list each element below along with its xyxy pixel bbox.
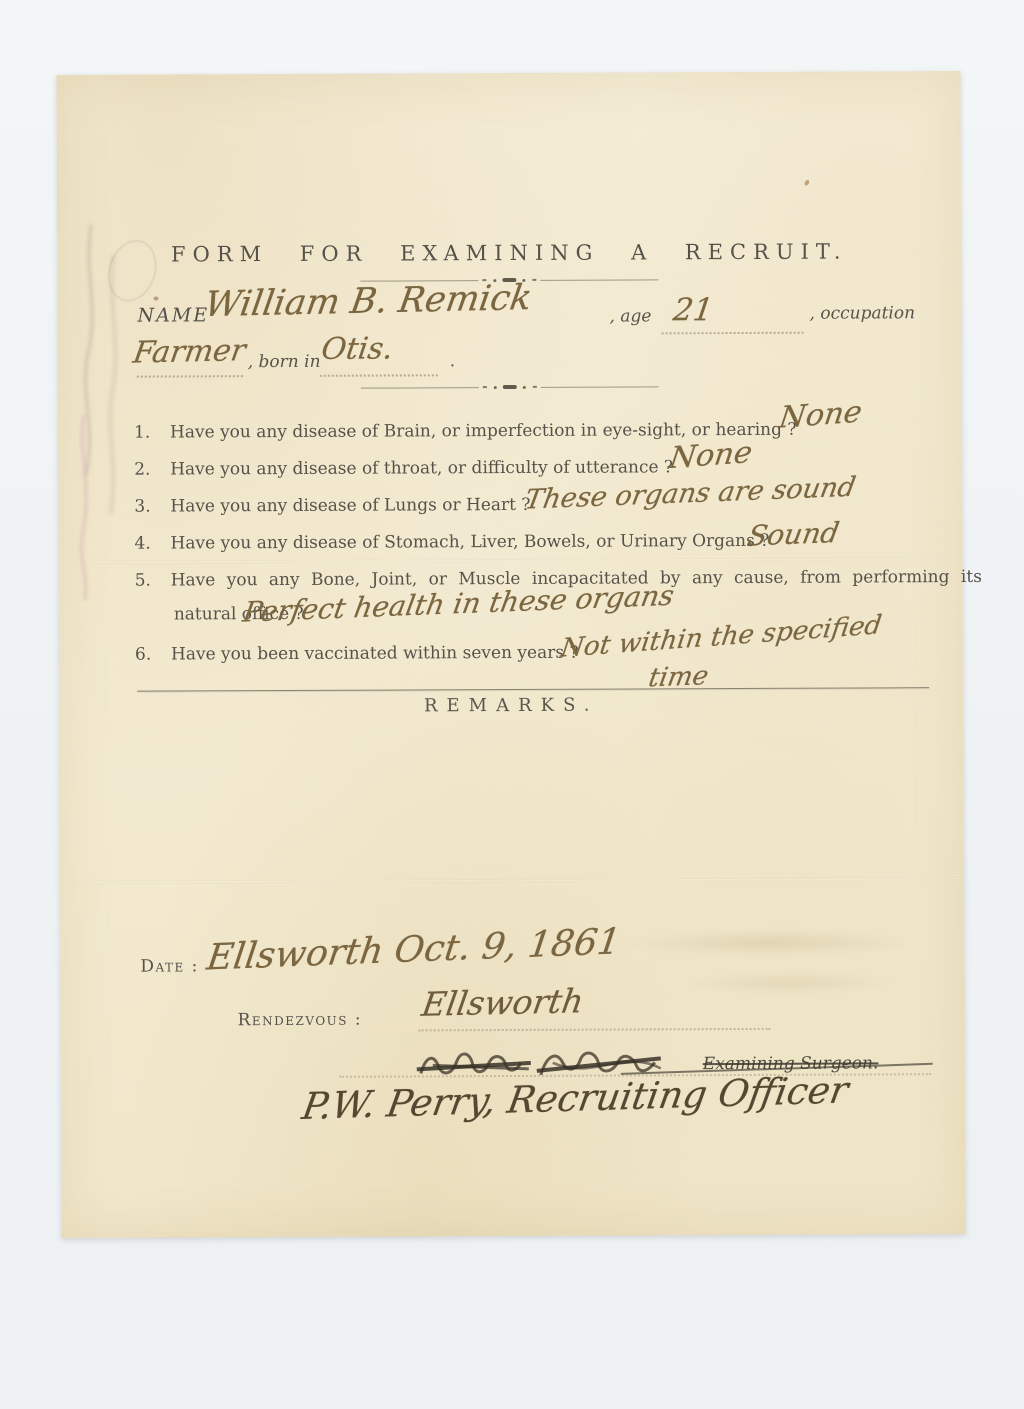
question-2-text: Have you any disease of throat, or diffi… <box>170 457 673 479</box>
birthplace-handwritten-value: Otis. <box>319 332 395 367</box>
occupation-handwritten-value: Farmer <box>131 333 248 370</box>
question-6: 6.Have you been vaccinated within seven … <box>135 643 579 665</box>
answer-1-handwritten: None <box>777 395 864 436</box>
question-3-number: 3. <box>134 496 170 516</box>
born-in-label: , born in <box>248 352 321 372</box>
question-4: 4.Have you any disease of Stomach, Liver… <box>134 531 769 554</box>
question-3: 3.Have you any disease of Lungs or Heart… <box>134 495 530 517</box>
remarks-heading: REMARKS. <box>59 693 963 718</box>
margin-pencil-marks <box>61 215 153 615</box>
question-4-number: 4. <box>134 533 170 553</box>
question-4-text: Have you any disease of Stomach, Liver, … <box>170 531 769 554</box>
answer-3-handwritten: These organs are sound <box>523 472 858 516</box>
date-handwritten-value: Ellsworth Oct. 9, 1861 <box>204 921 623 978</box>
paper-sheet: FORM FOR EXAMINING A RECRUIT. NAME Willi… <box>56 71 965 1238</box>
question-1-number: 1. <box>134 422 170 442</box>
paper-crease <box>59 557 963 564</box>
question-3-text: Have you any disease of Lungs or Heart ? <box>170 495 530 517</box>
question-5-number: 5. <box>135 570 171 590</box>
age-handwritten-value: 21 <box>671 292 715 328</box>
printed-period: . <box>450 351 455 371</box>
question-6-number: 6. <box>135 644 171 664</box>
age-dotted-line <box>662 332 804 335</box>
ornament-divider <box>58 381 962 393</box>
occupation-dotted-line <box>137 375 243 377</box>
ink-bleed-smudge <box>620 929 920 956</box>
form-title: FORM FOR EXAMINING A RECRUIT. <box>57 239 961 267</box>
answer-4-handwritten: Sound <box>745 516 841 553</box>
question-2-number: 2. <box>134 459 170 479</box>
answer-2-handwritten: None <box>667 435 754 476</box>
remarks-rule <box>137 687 929 691</box>
name-label: NAME <box>137 304 209 326</box>
scanned-document: FORM FOR EXAMINING A RECRUIT. NAME Willi… <box>0 0 1024 1409</box>
paper-speck <box>804 179 810 186</box>
name-handwritten-value: William B. Remick <box>202 278 535 325</box>
paper-crease <box>60 877 964 884</box>
rendezvous-label: Rendezvous : <box>238 1010 363 1031</box>
paper-speck <box>153 297 158 301</box>
ink-bleed-smudge <box>680 971 900 994</box>
age-label: , age <box>609 306 651 326</box>
question-2: 2.Have you any disease of throat, or dif… <box>134 457 673 479</box>
rendezvous-handwritten-value: Ellsworth <box>419 981 586 1024</box>
answer-6-handwritten: Not within the specified <box>559 610 884 663</box>
birthplace-dotted-line <box>320 374 438 377</box>
question-6-text: Have you been vaccinated within seven ye… <box>171 643 579 665</box>
rendezvous-dotted-line <box>419 1028 771 1032</box>
date-label: Date : <box>140 956 199 976</box>
occupation-label: , occupation <box>809 303 915 323</box>
